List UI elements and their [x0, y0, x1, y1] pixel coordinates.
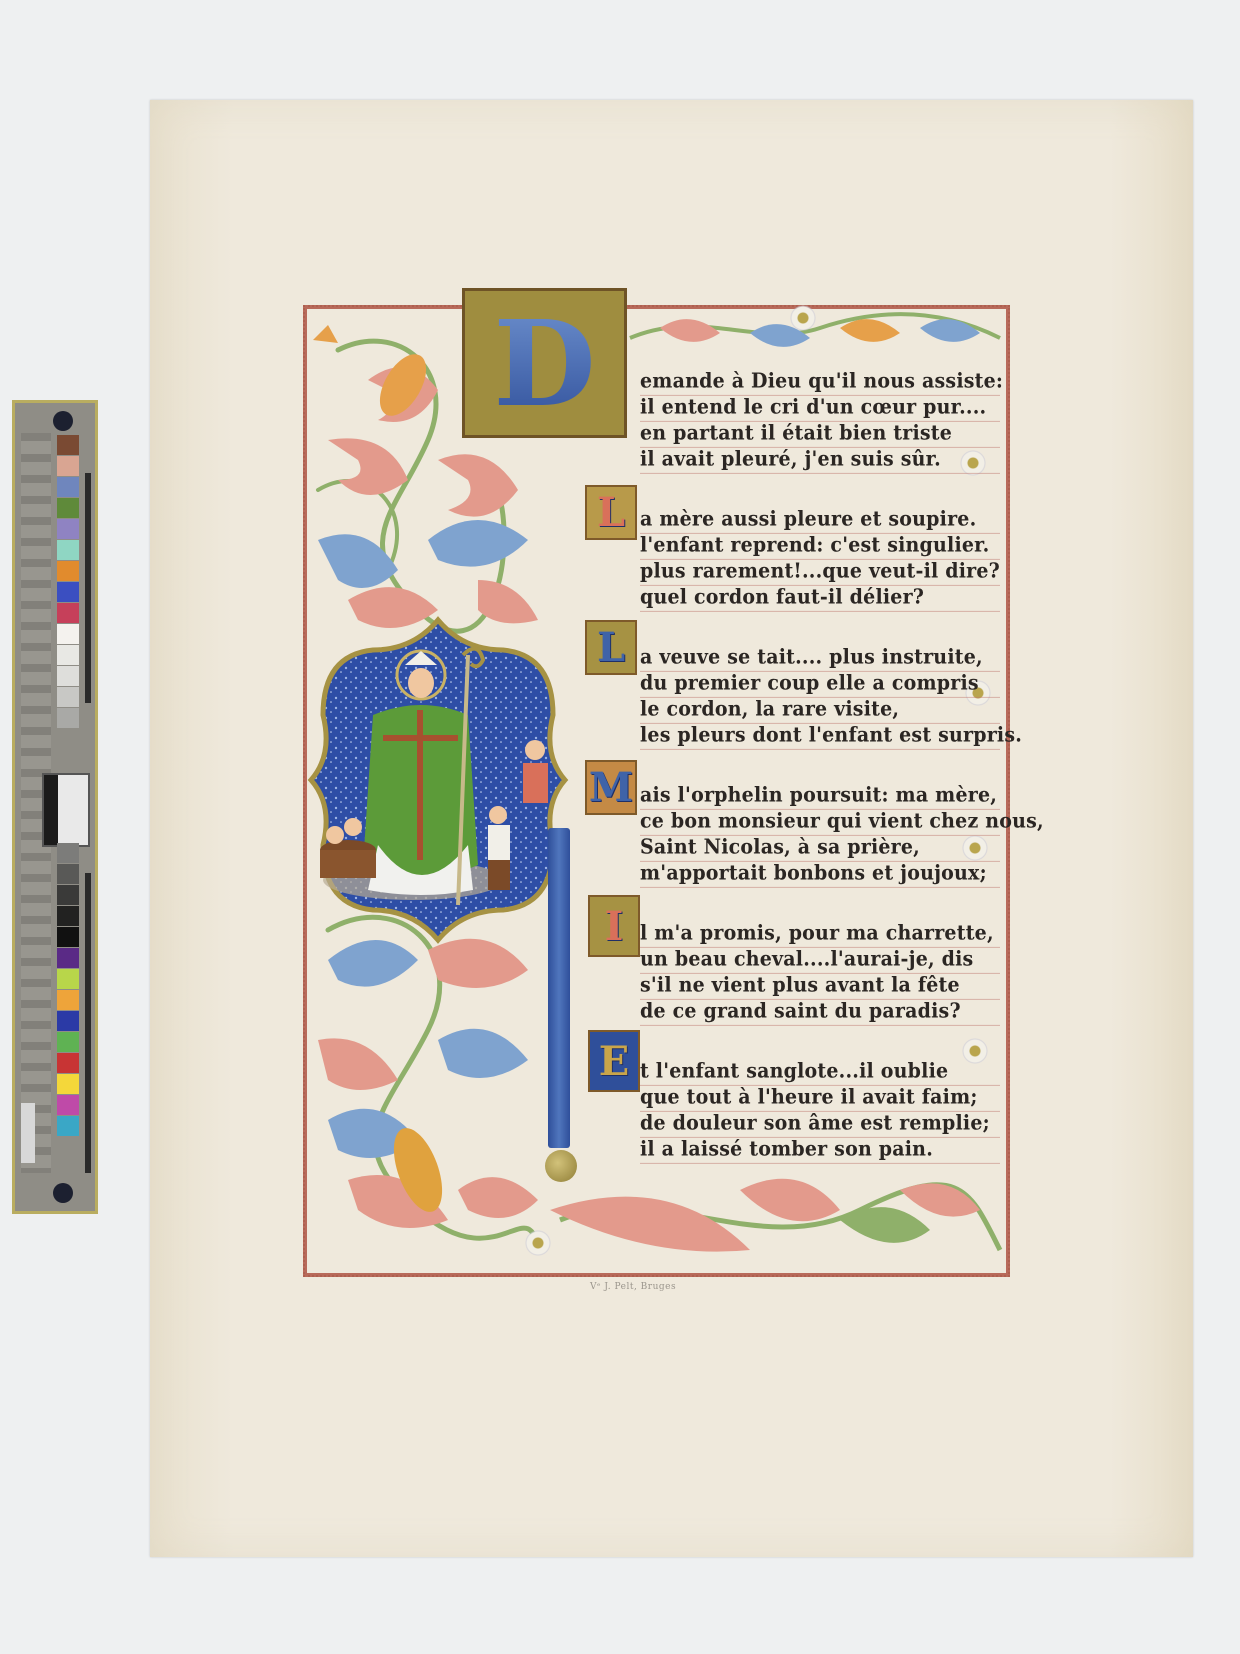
poem-text: emande à Dieu qu'il nous assiste: il ent… [640, 370, 1000, 1198]
initial-stanza-6: E [588, 1030, 640, 1092]
color-patch [57, 885, 79, 905]
poem-line: plus rarement!...que veut-il dire? [640, 558, 1000, 586]
scale-stripe [85, 473, 91, 703]
color-patch [57, 456, 79, 476]
color-patch [57, 1095, 79, 1115]
color-patch [57, 843, 79, 863]
initial-letter: I [605, 903, 624, 950]
initial-letter: L [597, 489, 625, 536]
poem-line: du premier coup elle a compris [640, 670, 1000, 698]
color-patch [57, 927, 79, 947]
initial-letter: L [597, 624, 625, 671]
color-patch [57, 666, 79, 686]
poem-line: Saint Nicolas, à sa prière, [640, 834, 1000, 862]
color-patch [57, 687, 79, 707]
stanza-2: a mère aussi pleure et soupire. l'enfant… [640, 508, 1000, 612]
color-patch [57, 1032, 79, 1052]
color-patch [57, 1053, 79, 1073]
stem-knob-ornament [545, 1150, 577, 1182]
poem-line: il avait pleuré, j'en suis sûr. [640, 446, 1000, 474]
scale-stripe [85, 873, 91, 1173]
color-patch [57, 906, 79, 926]
printer-caption: Vᵉ J. Pelt, Bruges [590, 1282, 676, 1292]
stanza-1: emande à Dieu qu'il nous assiste: il ent… [640, 370, 1000, 474]
color-calibration-target [12, 400, 98, 1214]
daisy-ornament [525, 1230, 551, 1256]
initial-stem-ornament [548, 828, 570, 1148]
poem-line: il entend le cri d'un cœur pur.... [640, 394, 1000, 422]
color-patch [57, 498, 79, 518]
color-patch [57, 435, 79, 455]
color-patch [57, 948, 79, 968]
grey-scale-barcode [42, 773, 90, 847]
poem-line: a mère aussi pleure et soupire. [640, 506, 1000, 534]
target-label [21, 1103, 35, 1163]
poem-line: ais l'orphelin poursuit: ma mère, [640, 782, 1000, 810]
initial-letter: E [599, 1038, 630, 1085]
poem-line: l m'a promis, pour ma charrette, [640, 920, 1000, 948]
color-patch [57, 624, 79, 644]
poem-line: quel cordon faut-il délier? [640, 584, 1000, 612]
poem-line: m'apportait bonbons et joujoux; [640, 860, 1000, 888]
color-patch [57, 519, 79, 539]
initial-letter: D [493, 294, 595, 433]
stanza-3: a veuve se tait.... plus instruite, du p… [640, 646, 1000, 750]
color-patch [57, 582, 79, 602]
poem-line: de ce grand saint du paradis? [640, 998, 1000, 1026]
initial-stanza-4: M [585, 760, 637, 815]
poem-line: en partant il était bien triste [640, 420, 1000, 448]
daisy-ornament [790, 305, 816, 331]
poem-line: emande à Dieu qu'il nous assiste: [640, 368, 1000, 396]
saint-nicholas-miniature [303, 615, 573, 945]
poem-line: s'il ne vient plus avant la fête [640, 972, 1000, 1000]
poem-line: de douleur son âme est remplie; [640, 1110, 1000, 1138]
poem-line: il a laissé tomber son pain. [640, 1136, 1000, 1164]
stanza-5: l m'a promis, pour ma charrette, un beau… [640, 922, 1000, 1026]
stanza-6: t l'enfant sanglote...il oublie que tout… [640, 1060, 1000, 1164]
color-patch [57, 990, 79, 1010]
poem-line: le cordon, la rare visite, [640, 696, 1000, 724]
poem-line: un beau cheval....l'aurai-je, dis [640, 946, 1000, 974]
color-patch [57, 864, 79, 884]
color-patch [57, 1011, 79, 1031]
color-patch [57, 540, 79, 560]
color-patch [57, 603, 79, 623]
color-patch [57, 969, 79, 989]
poem-line: l'enfant reprend: c'est singulier. [640, 532, 1000, 560]
initial-letter: M [589, 764, 633, 811]
target-hole-top [53, 411, 73, 431]
initial-stanza-3: L [585, 620, 637, 675]
poem-line: les pleurs dont l'enfant est surpris. [640, 722, 1000, 750]
poem-line: t l'enfant sanglote...il oublie [640, 1058, 1000, 1086]
color-patch [57, 1074, 79, 1094]
poem-line: ce bon monsieur qui vient chez nous, [640, 808, 1000, 836]
initial-stanza-2: L [585, 485, 637, 540]
poem-line: que tout à l'heure il avait faim; [640, 1084, 1000, 1112]
color-patches-bottom [57, 843, 79, 1137]
target-hole-bottom [53, 1183, 73, 1203]
poem-line: a veuve se tait.... plus instruite, [640, 644, 1000, 672]
color-patch [57, 708, 79, 728]
initial-stanza-5: I [588, 895, 640, 957]
illuminated-initial-d: D [462, 288, 627, 438]
color-patch [57, 1116, 79, 1136]
color-patch [57, 645, 79, 665]
color-patches-top [57, 435, 79, 729]
stanza-4: ais l'orphelin poursuit: ma mère, ce bon… [640, 784, 1000, 888]
color-patch [57, 561, 79, 581]
color-patch [57, 477, 79, 497]
